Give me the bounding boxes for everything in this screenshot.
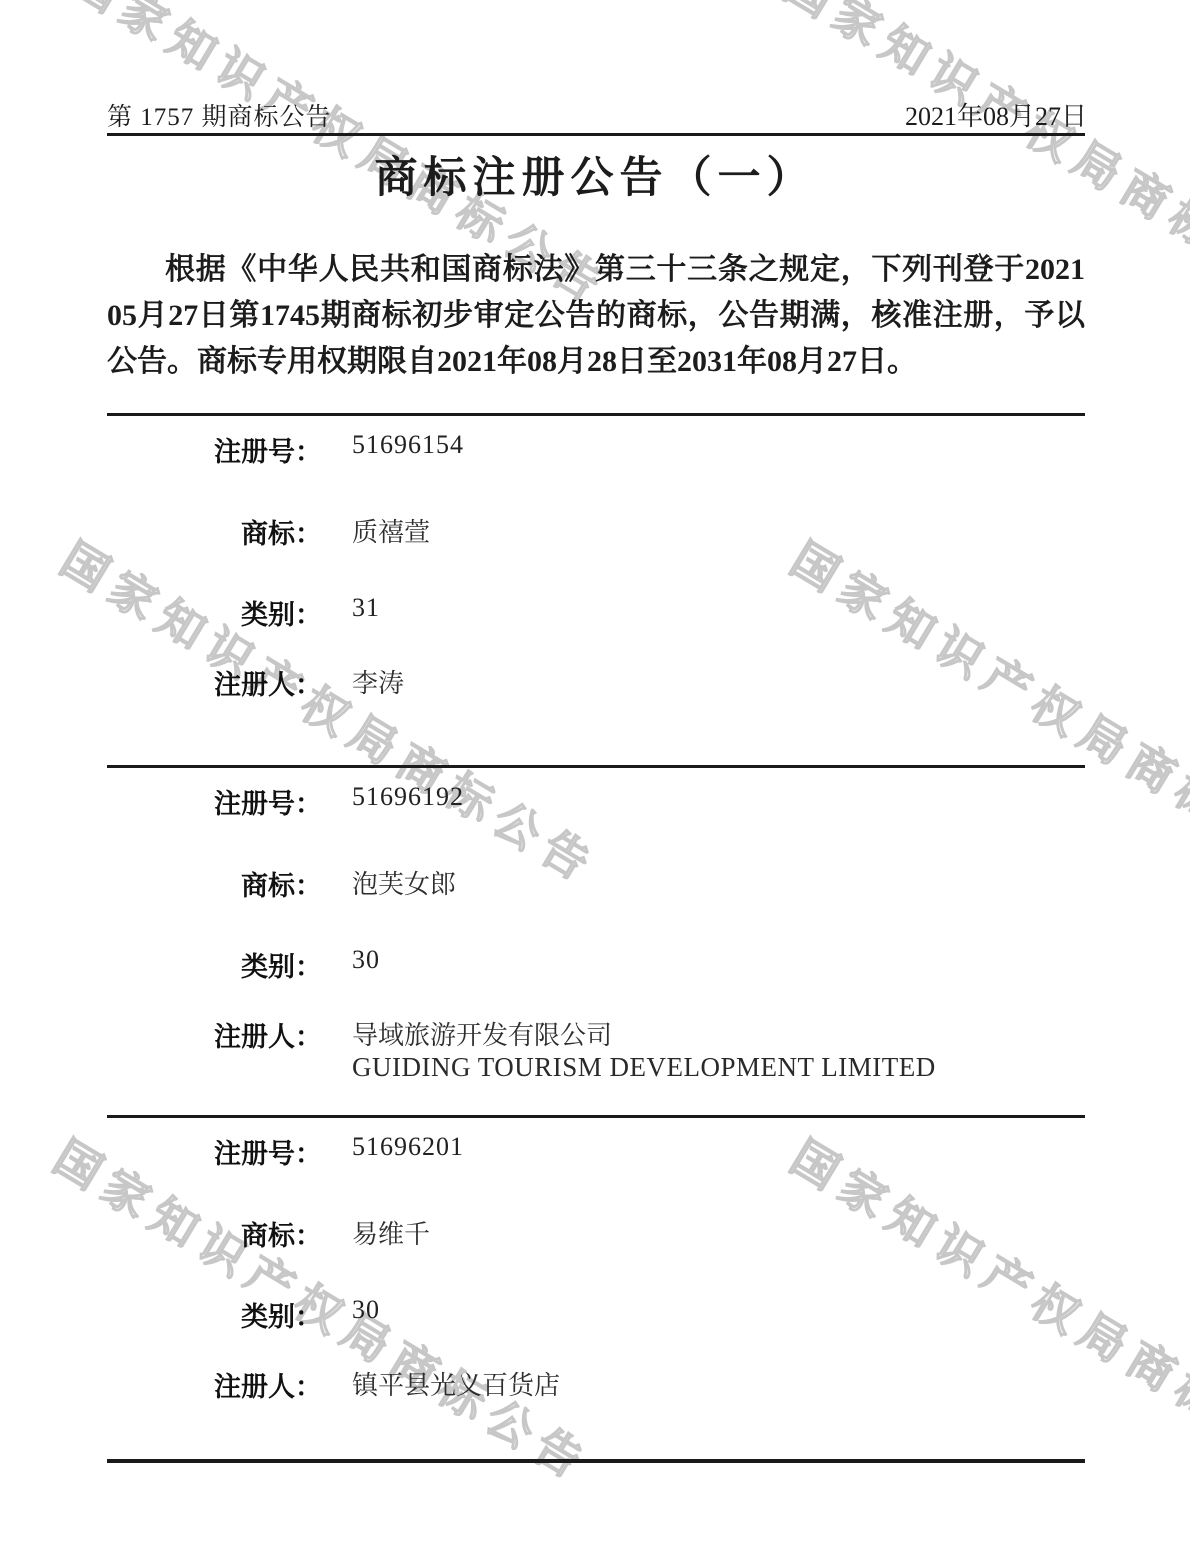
entry-divider <box>107 1115 1085 1118</box>
trademark-label: 商标： <box>107 512 322 551</box>
registrant-value: 导域旅游开发有限公司 <box>352 1015 612 1052</box>
registrant-value: 镇平县光义百货店 <box>352 1365 560 1402</box>
registrant-label: 注册人： <box>107 663 322 702</box>
trademark-entry: 注册号： 51696154 商标： 质禧萱 类别： 31 注册人： 李涛 <box>107 413 1085 765</box>
intro-line: 05月27日第1745期商标初步审定公告的商标，公告期满，核准注册，予以 <box>107 293 1085 339</box>
reg-no-label: 注册号： <box>107 1132 322 1171</box>
reg-no-value: 51696201 <box>352 1132 464 1162</box>
registrant-value-english: GUIDING TOURISM DEVELOPMENT LIMITED <box>352 1052 936 1083</box>
trademark-value: 易维千 <box>352 1214 430 1251</box>
trademark-value: 质禧萱 <box>352 512 430 549</box>
category-label: 类别： <box>107 593 322 632</box>
intro-paragraph: 根据《中华人民共和国商标法》第三十三条之规定，下列刊登于2021年 05月27日… <box>107 247 1085 385</box>
header-rule <box>107 133 1085 136</box>
gazette-date: 2021年08月27日 <box>905 96 1087 133</box>
intro-line: 公告。商标专用权期限自2021年08月28日至2031年08月27日。 <box>107 339 1085 385</box>
trademark-entry: 注册号： 51696192 商标： 泡芙女郎 类别： 30 注册人： 导域旅游开… <box>107 765 1085 1115</box>
entry-divider <box>107 765 1085 768</box>
gazette-page: 国家知识产权局商标公告 国家知识产权局商标公告 国家知识产权局商标公告 国家知识… <box>0 0 1190 1564</box>
reg-no-value: 51696192 <box>352 782 464 812</box>
category-label: 类别： <box>107 1295 322 1334</box>
gazette-issue-number: 第 1757 期商标公告 <box>107 97 332 133</box>
closing-rule <box>107 1459 1085 1463</box>
trademark-entry: 注册号： 51696201 商标： 易维千 类别： 30 注册人： 镇平县光义百… <box>107 1115 1085 1459</box>
reg-no-value: 51696154 <box>352 430 464 460</box>
intro-line: 根据《中华人民共和国商标法》第三十三条之规定，下列刊登于2021年 <box>107 247 1085 293</box>
page-title: 商标注册公告（一） <box>0 144 1190 205</box>
category-value: 30 <box>352 945 380 975</box>
registrant-value: 李涛 <box>352 663 404 700</box>
category-label: 类别： <box>107 945 322 984</box>
reg-no-label: 注册号： <box>107 782 322 821</box>
category-value: 30 <box>352 1295 380 1325</box>
entry-divider <box>107 413 1085 416</box>
registrant-label: 注册人： <box>107 1015 322 1054</box>
registrant-label: 注册人： <box>107 1365 322 1404</box>
trademark-value: 泡芙女郎 <box>352 864 456 901</box>
trademark-label: 商标： <box>107 864 322 903</box>
trademark-label: 商标： <box>107 1214 322 1253</box>
category-value: 31 <box>352 593 380 623</box>
reg-no-label: 注册号： <box>107 430 322 469</box>
